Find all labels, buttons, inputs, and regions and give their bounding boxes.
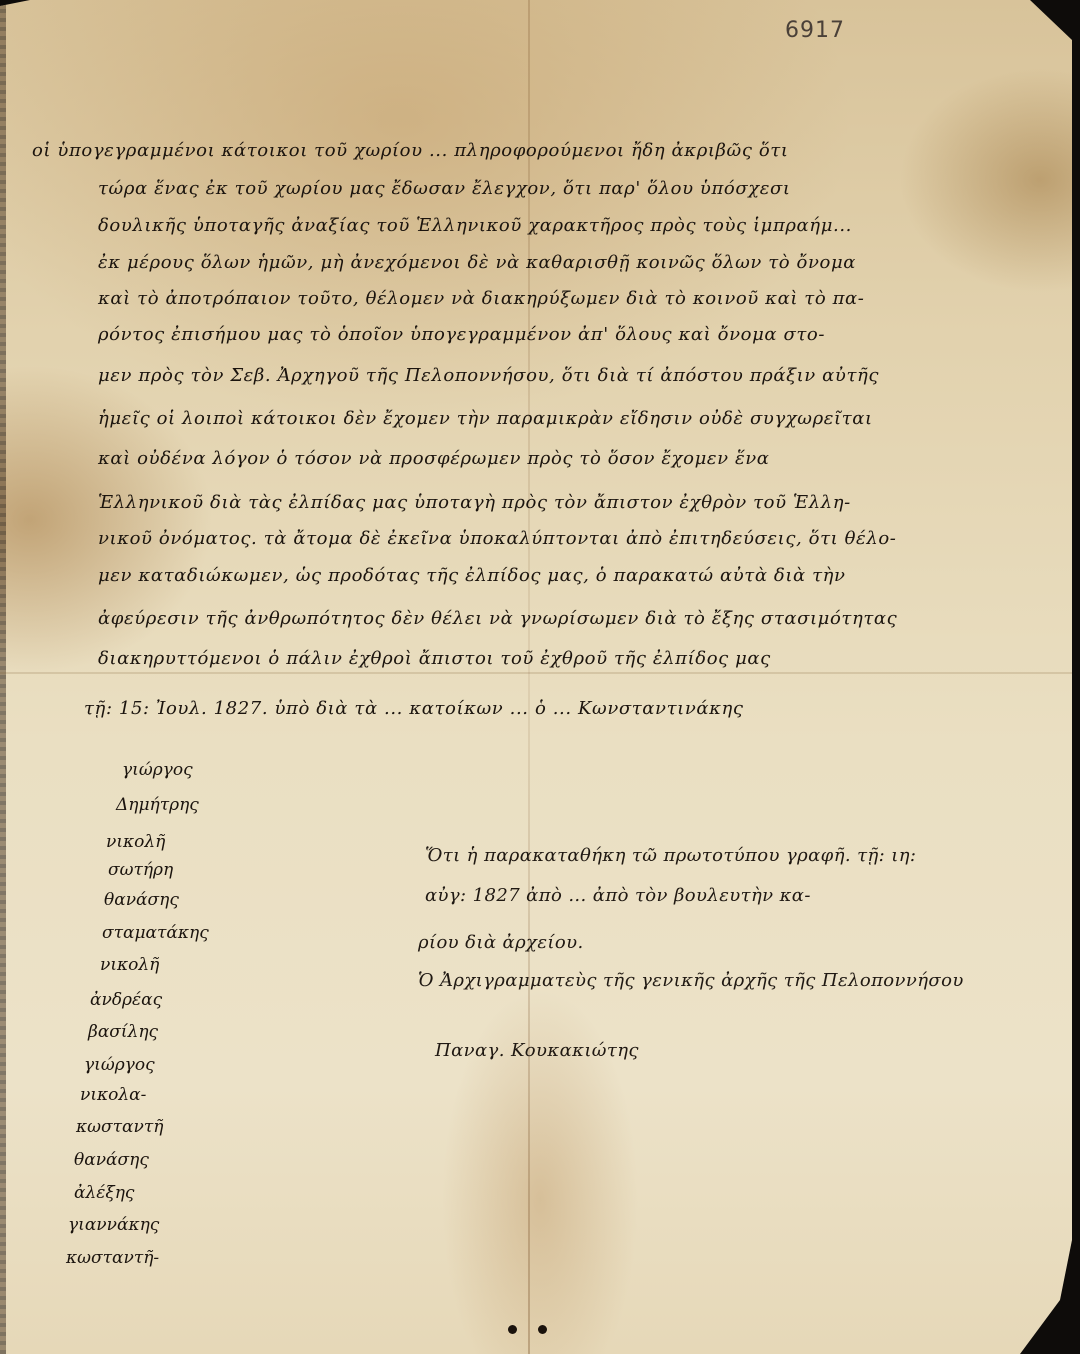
horizontal-fold-line [0,672,1072,674]
body-line: καὶ οὐδένα λόγον ὁ τόσον νὰ προσφέρωμεν … [98,448,770,469]
body-line: τώρα ἕνας ἐκ τοῦ χωρίου μας ἔδωσαν ἔλεγχ… [98,178,791,199]
body-line: ρόντος ἐπισήμου μας τὸ ὁποῖον ὑπογεγραμμ… [98,324,825,345]
signatory-name: θανάσης [104,890,179,910]
signatory-name: σταματάκης [102,923,209,943]
body-line: οἱ ὑπογεγραμμένοι κάτοικοι τοῦ χωρίου ..… [32,140,788,161]
signatory-name: νικολῆ [100,955,159,975]
torn-left-edge [0,0,6,1354]
archive-number: 6917 [785,18,845,43]
date-line: τῇ: 15: Ἰουλ. 1827. ὑπὸ διὰ τὰ ... κατοί… [84,698,744,719]
body-line: καὶ τὸ ἀποτρόπαιον τοῦτο, θέλομεν νὰ δια… [98,288,864,309]
body-line: μεν πρὸς τὸν Σεβ. Ἀρχηγοῦ τῆς Πελοποννήσ… [98,365,879,386]
signatory-name: γιώργος [122,760,193,780]
certification-line: Ὁ Ἀρχιγραμματεὺς τῆς γενικῆς ἀρχῆς τῆς Π… [418,970,964,991]
signature-koukakiotis: Παναγ. Κουκακιώτης [435,1040,639,1061]
signatory-name: Δημήτρης [116,795,199,815]
certification-line: ρίου διὰ ἀρχείου. [418,932,584,953]
body-line: δουλικῆς ὑποταγῆς ἀναξίας τοῦ Ἑλληνικοῦ … [98,215,852,236]
body-line: νικοῦ ὀνόματος. τὰ ἄτομα δὲ ἐκεῖνα ὑποκα… [98,528,896,549]
body-line: ἀφεύρεσιν τῆς ἀνθρωπότητος δὲν θέλει νὰ … [98,608,897,629]
signatory-name: γιώργος [84,1055,155,1075]
body-line: ἐκ μέρους ὅλων ἡμῶν, μὴ ἀνεχόμενοι δὲ νὰ… [98,252,856,273]
binding-hole [508,1325,517,1334]
signatory-name: ἀλέξης [74,1183,134,1203]
vertical-fold-line [528,0,530,1354]
body-line: Ἑλληνικοῦ διὰ τὰς ἐλπίδας μας ὑποταγὴ πρ… [98,492,851,513]
certification-line: Ὅτι ἡ παρακαταθήκη τῶ πρωτοτύπου γραφῆ. … [425,845,916,866]
signatory-name: θανάσης [74,1150,149,1170]
certification-line: αὐγ: 1827 ἀπὸ ... ἀπὸ τὸν βουλευτὴν κα- [425,885,811,906]
binding-hole [538,1325,547,1334]
signatory-name: νικολα- [80,1085,146,1105]
body-line: διακηρυττόμενοι ὁ πάλιν ἐχθροὶ ἄπιστοι τ… [98,648,771,669]
signatory-name: νικολῆ [106,832,165,852]
signatory-name: γιαννάκης [68,1215,159,1235]
signatory-name: βασίλης [88,1022,158,1042]
signatory-name: σωτήρη [108,860,173,880]
body-line: μεν καταδιώκωμεν, ὡς προδότας τῆς ἐλπίδο… [98,565,846,586]
body-line: ἡμεῖς οἱ λοιποὶ κάτοικοι δὲν ἔχομεν τὴν … [98,408,873,429]
manuscript-page: 6917 οἱ ὑπογεγραμμένοι κάτοικοι τοῦ χωρί… [0,0,1072,1354]
signatory-name: κωσταντῆ [76,1117,163,1137]
signatory-name: ἀνδρέας [90,990,162,1010]
signatory-name: κωσταντῆ- [66,1248,159,1268]
